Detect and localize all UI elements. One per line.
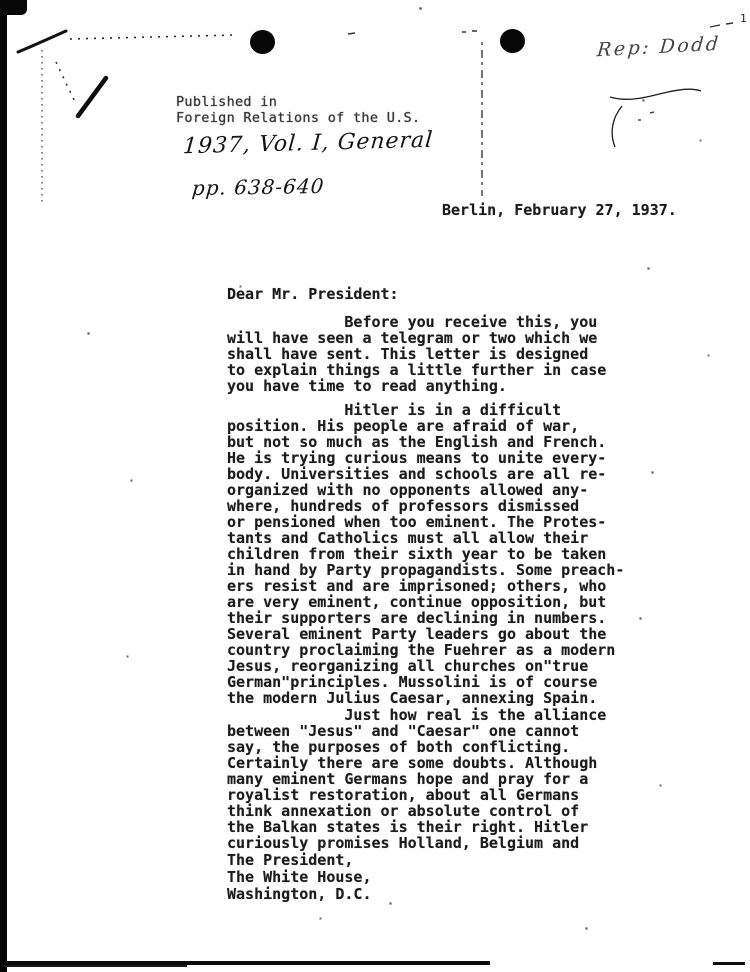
handwritten-pages-note: pp. 638-640 bbox=[191, 174, 326, 200]
scanned-letter-page: Rep: Dodd 1 Published in Foreign Relatio… bbox=[0, 0, 750, 972]
pen-slash-top-left bbox=[18, 31, 66, 52]
letter-paragraph-2: Hitler is in a difficult position. His p… bbox=[227, 402, 624, 706]
published-line-1: Published in bbox=[176, 94, 277, 110]
hole-punch-left bbox=[250, 30, 275, 54]
published-line-2: Foreign Relations of the U.S. bbox=[176, 110, 420, 126]
scan-edge-left-bar bbox=[0, 0, 7, 972]
hole-punch-right bbox=[500, 29, 525, 53]
publication-header: Published in Foreign Relations of the U.… bbox=[176, 95, 420, 126]
dotted-line-fragments bbox=[348, 31, 477, 34]
handwritten-partial-curve bbox=[612, 106, 622, 147]
scan-bottom-right-dash bbox=[713, 962, 745, 965]
salutation: Dear Mr. President: bbox=[227, 285, 399, 303]
pen-slash-bold bbox=[78, 78, 106, 116]
handwritten-volume-note: 1937, Vol. I, General bbox=[182, 128, 434, 160]
handwritten-note-topright: Rep: Dodd bbox=[596, 33, 721, 62]
dateline: Berlin, February 27, 1937. bbox=[442, 201, 677, 219]
letter-paragraph-3: Just how real is the alliance between "J… bbox=[227, 707, 606, 851]
dotted-horizontal-line bbox=[70, 35, 235, 39]
page-number: 1 bbox=[740, 12, 747, 25]
scan-bottom-line-fragment bbox=[2, 965, 187, 967]
letter-paragraph-1: Before you receive this, you will have s… bbox=[227, 314, 606, 394]
handwritten-stray-dots bbox=[638, 112, 654, 120]
dotted-diagonal-trail bbox=[56, 62, 76, 104]
handwritten-flourish-squiggle bbox=[610, 89, 701, 99]
scan-noise-speckles bbox=[0, 0, 1, 1]
scan-corner-smudge bbox=[0, 0, 27, 15]
top-right-corner-dashes bbox=[710, 23, 733, 27]
recipient-address: The President, The White House, Washingt… bbox=[227, 852, 372, 903]
